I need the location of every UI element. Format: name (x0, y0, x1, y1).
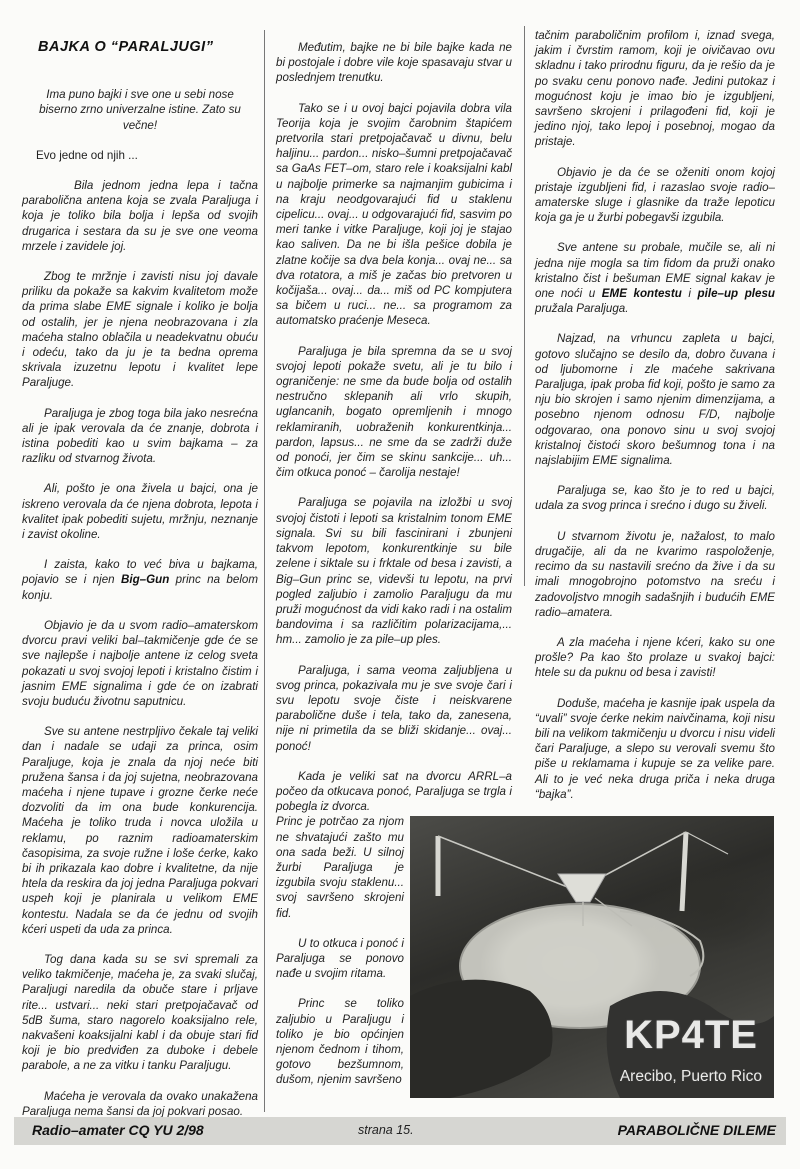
page-number: strana 15. (358, 1123, 414, 1137)
paragraph: Tako se i u ovoj bajci pojavila dobra vi… (276, 101, 512, 329)
paragraph: Najzad, na vrhuncu zapleta u bajci, goto… (535, 331, 775, 468)
emphasis-pile-up-ples: pile–up plesu (698, 287, 775, 300)
lead-in-text: Evo jedne od njih ... (22, 148, 258, 163)
article-title: BAJKA O “PARALJUGI” (38, 40, 258, 55)
paragraph: Sve su antene nestrpljivo čekale taj vel… (22, 724, 258, 937)
paragraph: Paraljuga je bila spremna da se u svoj s… (276, 344, 512, 481)
paragraph: Maćeha je verovala da ovako unakažena Pa… (22, 1089, 258, 1119)
paragraph: Objavio je da u svom radio–amaterskom dv… (22, 618, 258, 709)
text-run: i (682, 287, 698, 300)
paragraph: Doduše, maćeha je kasnije ipak uspela da… (535, 696, 775, 802)
paragraph: Paraljuga se pojavila na izložbi u svoj … (276, 495, 512, 647)
paragraph: Kada je veliki sat na dvorcu ARRL–a poče… (276, 769, 512, 815)
location-caption: Arecibo, Puerto Rico (620, 1068, 762, 1086)
paragraph: Paraljuga je zbog toga bila jako nesrećn… (22, 406, 258, 467)
paragraph: I zaista, kako to već biva u bajkama, po… (22, 557, 258, 603)
column-divider-right (524, 26, 525, 586)
paragraph: A zla maćeha i njene kćeri, kako su one … (535, 635, 775, 681)
emphasis-eme-kontest: EME kontestu (602, 287, 682, 300)
emphasis-big-gun: Big–Gun (121, 573, 169, 586)
paragraph-wrapped-around-photo: Princ se toliko zaljubio u Paraljugu i t… (276, 996, 404, 1087)
paragraph-wrapped-around-photo: U to otkuca i ponoć i Paraljuga se ponov… (276, 936, 404, 982)
paragraph: Tog dana kada su se svi spremali za veli… (22, 952, 258, 1074)
callsign-label: KP4TE (624, 1013, 758, 1058)
paragraph: Međutim, bajke ne bi bile bajke kada ne … (276, 40, 512, 86)
paragraph: Paraljuga se, kao što je to red u bajci,… (535, 483, 775, 513)
paragraph: Bila jednom jedna lepa i tačna parabolič… (22, 178, 258, 254)
column-divider-left (264, 30, 265, 1112)
paragraph: Sve antene su probale, mučile se, ali ni… (535, 240, 775, 316)
paragraph: Objavio je da će se oženiti onom kojoj p… (535, 165, 775, 226)
paragraph: U stvarnom životu je, nažalost, to malo … (535, 529, 775, 620)
text-run: pružala Paraljuga. (535, 302, 628, 315)
page-footer: Radio–amater CQ YU 2/98 strana 15. PARAB… (14, 1117, 786, 1145)
paragraph-wrapped-around-photo: Princ je potrčao za njom ne shvatajući z… (276, 814, 404, 920)
article-column-1: BAJKA O “PARALJUGI” Ima puno bajki i sve… (22, 40, 258, 1134)
section-title: PARABOLIČNE DILEME (618, 1122, 776, 1138)
publication-name: Radio–amater CQ YU 2/98 (32, 1122, 204, 1138)
paragraph: Paraljuga, i sama veoma zaljubljena u sv… (276, 663, 512, 754)
paragraph: Ali, pošto je ona živela u bajci, ona je… (22, 481, 258, 542)
article-column-3: tačnim paraboličnim profilom i, iznad sv… (535, 0, 775, 817)
paragraph: Zbog te mržnje i zavisti nisu joj davale… (22, 269, 258, 391)
arecibo-telescope-photo: KP4TE Arecibo, Puerto Rico (410, 816, 774, 1098)
paragraph-continued: tačnim paraboličnim profilom i, iznad sv… (535, 28, 775, 150)
intro-paragraph: Ima puno bajki i sve one u sebi nose bis… (22, 87, 258, 133)
